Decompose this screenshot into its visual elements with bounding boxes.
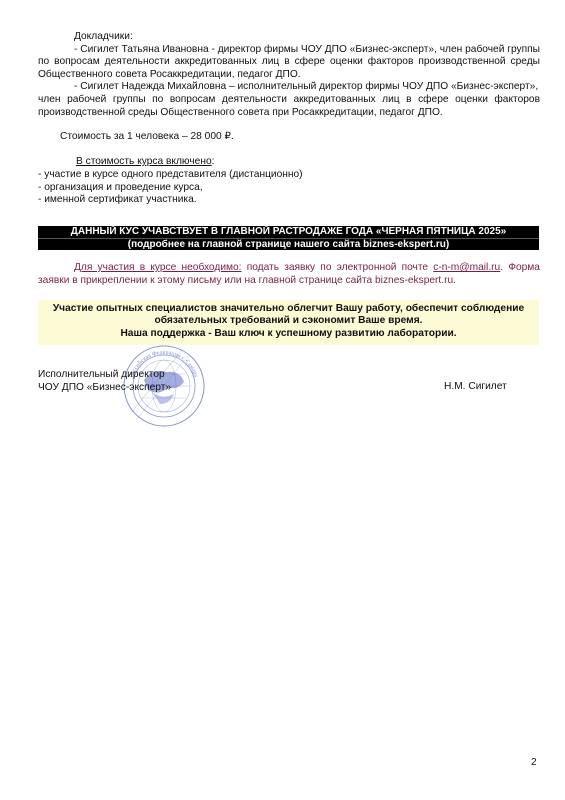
- included-title: В стоимость курса включено:: [76, 156, 565, 169]
- document-page: Докладчики: - Сигилет Татьяна Ивановна -…: [0, 0, 565, 800]
- highlight-line-2: обязательных требований и сэкономит Ваше…: [38, 315, 539, 327]
- speakers-heading: Докладчики:: [38, 31, 540, 44]
- speakers-section: Докладчики: - Сигилет Татьяна Ивановна -…: [38, 31, 540, 119]
- highlight-box: Участие опытных специалистов значительно…: [38, 300, 539, 345]
- signature-position: Исполнительный директор: [38, 369, 540, 382]
- included-item: - именной сертификат участника.: [38, 194, 540, 207]
- signature-name: Н.М. Сигилет: [444, 381, 507, 394]
- speaker-2-line1: - Сигилет Надежда Михайловна – исполните…: [38, 81, 540, 94]
- black-friday-banner: ДАННЫЙ КУС УЧАВСТВУЕТ В ГЛАВНОЙ РАСТРОДА…: [38, 226, 539, 250]
- included-title-text: В стоимость курса включено: [76, 156, 212, 167]
- banner-line-1: ДАННЫЙ КУС УЧАВСТВУЕТ В ГЛАВНОЙ РАСТРОДА…: [38, 226, 539, 238]
- page-number: 2: [531, 757, 537, 770]
- speaker-1: - Сигилет Татьяна Ивановна - директор фи…: [38, 44, 540, 82]
- speaker-2-rest: член рабочей группы по вопросам деятельн…: [38, 94, 540, 119]
- participation-paragraph: Для участия в курсе необходимо: подать з…: [38, 262, 540, 287]
- included-item: - участие в курсе одного представителя (…: [38, 169, 540, 182]
- cost-text: Стоимость за 1 человека – 28 000 ₽.: [60, 131, 562, 144]
- banner-line-2: (подробнее на главной странице нашего са…: [38, 239, 539, 251]
- included-list: - участие в курсе одного представителя (…: [38, 169, 540, 207]
- highlight-line-1: Участие опытных специалистов значительно…: [38, 303, 539, 315]
- participation-text: подать заявку по электронной почте: [242, 262, 434, 273]
- included-item: - организация и проведение курса,: [38, 182, 540, 195]
- highlight-line-3: Наша поддержка - Ваш ключ к успешному ра…: [38, 328, 539, 340]
- email-link[interactable]: c-n-m@mail.ru: [433, 262, 500, 273]
- included-title-colon: :: [212, 156, 215, 167]
- participation-label: Для участия в курсе необходимо:: [74, 262, 242, 273]
